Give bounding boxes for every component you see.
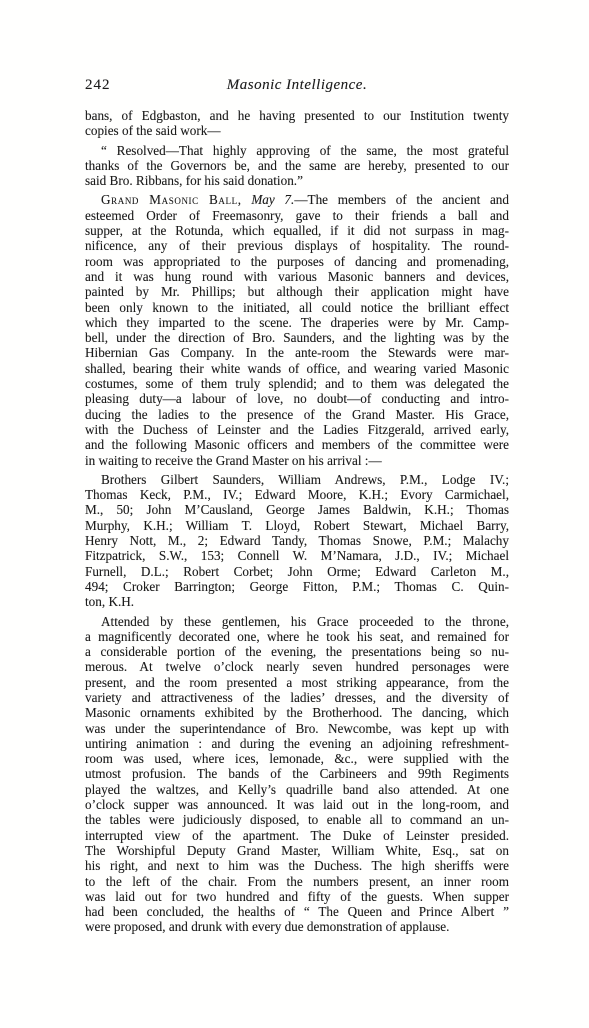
text-line: M., 50; John M’Causland, George James Ba… (85, 502, 509, 517)
text-line: costumes, some of them truly splendid; a… (85, 376, 509, 391)
text-line: Brothers Gilbert Saunders, William Andre… (85, 472, 509, 487)
text-line: shalled, bearing their white wands of of… (85, 361, 509, 376)
text-line: “ Resolved—That highly approving of the … (85, 143, 509, 158)
text-line: had been concluded, the healths of “ The… (85, 904, 509, 919)
text-line: to the left of the chair. From the numbe… (85, 874, 509, 889)
text-line: untiring animation : and during the even… (85, 736, 509, 751)
text-line: thanks of the Governors be, and the same… (85, 158, 509, 173)
text-line: The Worshipful Deputy Grand Master, Will… (85, 843, 509, 858)
page-header: 242 Masonic Intelligence. (85, 77, 509, 97)
officers-list-paragraph: Brothers Gilbert Saunders, William Andre… (85, 472, 509, 610)
text-line: his right, and next to him was the Duche… (85, 858, 509, 873)
supper-paragraph: Attended by these gentlemen, his Grace p… (85, 614, 509, 935)
text-line: with the Duchess of Leinster and the Lad… (85, 422, 509, 437)
smallcaps-text: Grand Masonic Ball, (101, 192, 242, 207)
text-line: was under the superintendance of Bro. Ne… (85, 721, 509, 736)
text-line: Henry Nott, M., 2; Edward Tandy, Thomas … (85, 533, 509, 548)
plain-text (242, 192, 252, 207)
text-line: Fitzpatrick, S.W., 153; Connell W. M’Nam… (85, 548, 509, 563)
text-line: ducing the ladies to the presence of the… (85, 407, 509, 422)
text-line: a magnificently decorated one, where he … (85, 629, 509, 644)
text-line: present, and the room presented a most s… (85, 675, 509, 690)
text-line: room was used, where ices, lemonade, &c.… (85, 751, 509, 766)
text-line: room was appropriated to the purposes of… (85, 254, 509, 269)
text-line: the tables were judiciously disposed, to… (85, 812, 509, 827)
text-line: Furnell, D.L.; Robert Corbet; John Orme;… (85, 564, 509, 579)
plain-text: —The members of the ancient and (294, 192, 509, 207)
italic-date-text: May 7. (251, 192, 294, 207)
text-line: in waiting to receive the Grand Master o… (85, 453, 509, 468)
text-line: merous. At twelve o’clock nearly seven h… (85, 659, 509, 674)
text-line: nificence, any of their previous display… (85, 238, 509, 253)
text-line: Murphy, K.H.; William T. Lloyd, Robert S… (85, 518, 509, 533)
text-line: variety and attractiveness of the ladies… (85, 690, 509, 705)
text-line: and the following Masonic officers and m… (85, 437, 509, 452)
text-line: Grand Masonic Ball, May 7.—The members o… (85, 192, 509, 207)
page-body: bans, of Edgbaston, and he having presen… (85, 108, 509, 939)
text-line: Hibernian Gas Company. In the ante-room … (85, 345, 509, 360)
text-line: painted by Mr. Phillips; but although th… (85, 284, 509, 299)
text-line: Thomas Keck, P.M., IV.; Edward Moore, K.… (85, 487, 509, 502)
text-line: said Bro. Ribbans, for his said donation… (85, 173, 509, 188)
text-line: o’clock supper was announced. It was lai… (85, 797, 509, 812)
text-line: bell, under the direction of Bro. Saunde… (85, 330, 509, 345)
text-line: interrupted view of the apartment. The D… (85, 828, 509, 843)
text-line: which they imparted to the scene. The dr… (85, 315, 509, 330)
scanned-document-page: 242 Masonic Intelligence. bans, of Edgba… (0, 0, 589, 1028)
text-line: supper, at the Rotunda, which equalled, … (85, 223, 509, 238)
grand-masonic-ball-paragraph: Grand Masonic Ball, May 7.—The members o… (85, 192, 509, 467)
text-line: and it was hung round with various Mason… (85, 269, 509, 284)
text-line: a considerable portion of the evening, t… (85, 644, 509, 659)
text-line: been only known to the initiated, all co… (85, 300, 509, 315)
text-line: played the waltzes, and Kelly’s quadrill… (85, 782, 509, 797)
text-line: pleasing duty—a labour of love, no doubt… (85, 391, 509, 406)
text-line: copies of the said work— (85, 123, 509, 138)
text-line: 494; Croker Barrington; George Fitton, P… (85, 579, 509, 594)
text-line: were proposed, and drunk with every due … (85, 919, 509, 934)
text-line: Masonic ornaments exhibited by the Broth… (85, 705, 509, 720)
text-line: utmost profusion. The bands of the Carbi… (85, 766, 509, 781)
resolution-paragraph: “ Resolved—That highly approving of the … (85, 143, 509, 189)
text-line: was laid out for two hundred and fifty o… (85, 889, 509, 904)
text-line: esteemed Order of Freemasonry, gave to t… (85, 208, 509, 223)
text-line: bans, of Edgbaston, and he having presen… (85, 108, 509, 123)
running-title: Masonic Intelligence. (85, 77, 509, 94)
text-line: ton, K.H. (85, 594, 509, 609)
text-line: Attended by these gentlemen, his Grace p… (85, 614, 509, 629)
continuation-paragraph: bans, of Edgbaston, and he having presen… (85, 108, 509, 139)
